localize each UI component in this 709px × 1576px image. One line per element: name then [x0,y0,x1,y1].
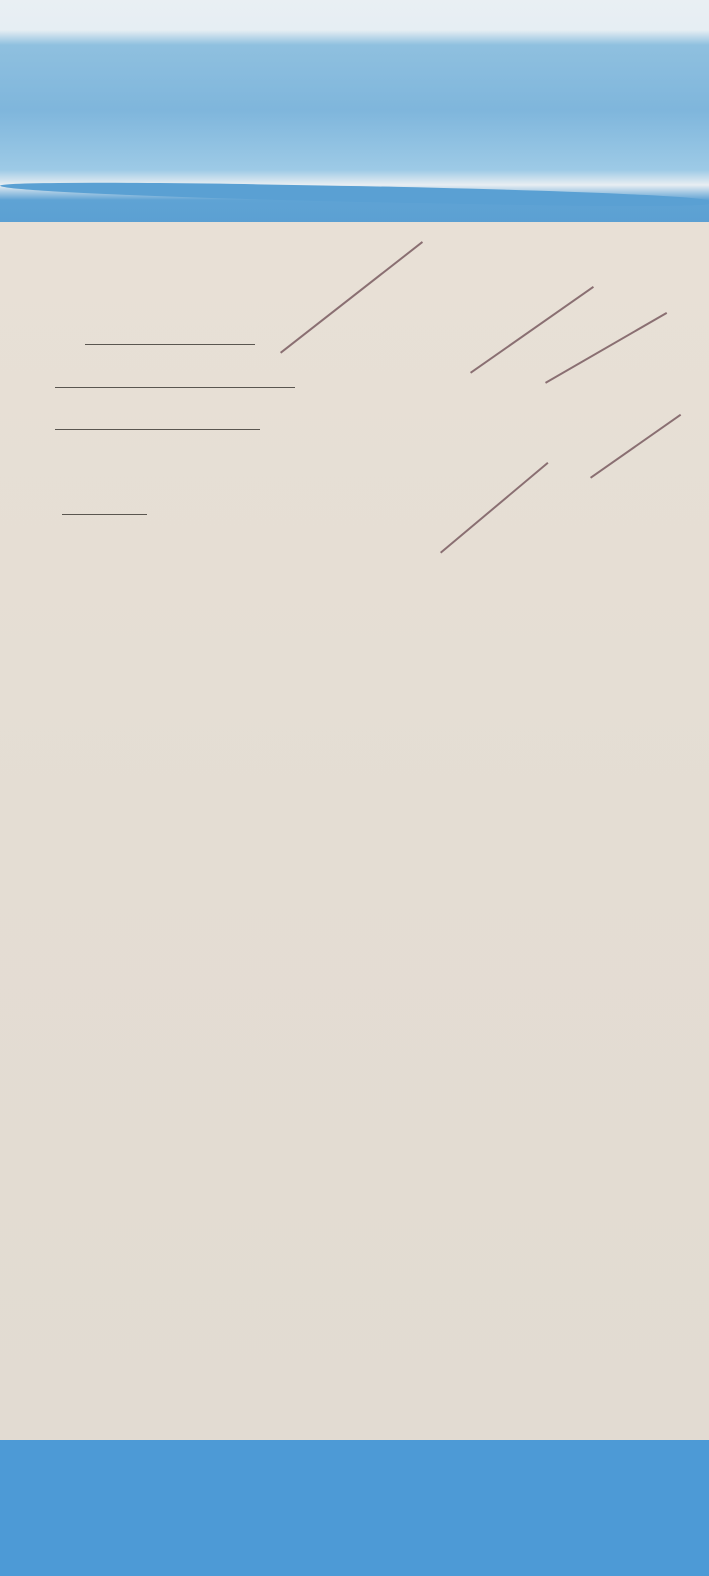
answer-blank [55,407,160,430]
poem-line-2 [55,365,295,388]
pencil-check-mark [440,462,548,553]
answer-blank [62,492,147,515]
poem-line-1 [85,322,255,345]
answer-blank [55,365,200,388]
fabric-stripe [0,180,709,208]
pencil-check-mark [590,414,681,478]
worksheet-page [0,222,709,1440]
pencil-check-mark [280,241,423,353]
pencil-check-mark [470,286,594,373]
answer-blank [200,365,295,388]
question-2-line-2 [62,492,147,515]
answer-blank [85,322,255,345]
answer-blank [160,407,260,430]
pencil-check-mark [545,312,667,383]
poem-line-3 [55,407,260,430]
